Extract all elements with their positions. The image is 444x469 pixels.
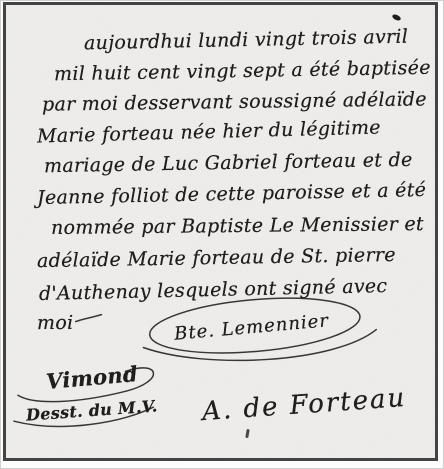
- manuscript-line: par moi desservant soussigné adélaïde: [42, 88, 427, 115]
- signature-vimond: Vimond: [45, 361, 139, 394]
- signature-priest: Bte. Lemennier: [173, 310, 329, 344]
- moi-trailing-stroke: [76, 315, 102, 322]
- signature-vimond-title: Desst. du M.V.: [25, 396, 158, 424]
- manuscript-line: moi: [37, 312, 74, 334]
- ink-speck: [391, 13, 401, 21]
- manuscript-line: Marie forteau née hier du légitime: [37, 117, 381, 148]
- manuscript-line: adélaïde Marie forteau de St. pierre: [37, 244, 396, 272]
- ink-speck: [245, 429, 250, 438]
- manuscript-line: d'Authenay lesquels ont signé avec: [39, 275, 388, 305]
- manuscript-line: mil huit cent vingt sept a été baptisée: [54, 57, 431, 86]
- signature-forteau: A. de Forteau: [201, 383, 407, 427]
- manuscript-line: Jeanne folliot de cette paroisse et a ét…: [37, 179, 427, 209]
- manuscript-line: nommée par Baptiste Le Menissier et: [51, 213, 424, 239]
- manuscript-line: aujourdhui lundi vingt trois avril: [84, 26, 409, 55]
- photo-frame: aujourdhui lundi vingt trois avril mil h…: [3, 2, 438, 461]
- manuscript-line: mariage de Luc Gabriel forteau et de: [44, 149, 413, 177]
- scanned-document: aujourdhui lundi vingt trois avril mil h…: [0, 0, 444, 469]
